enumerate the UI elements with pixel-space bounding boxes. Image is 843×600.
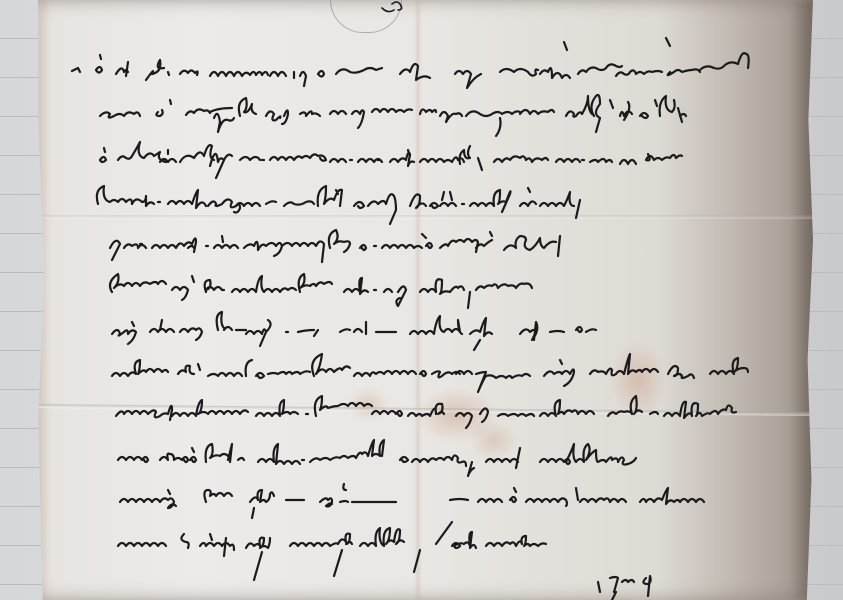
handwriting-ink-layer: [0, 0, 843, 600]
